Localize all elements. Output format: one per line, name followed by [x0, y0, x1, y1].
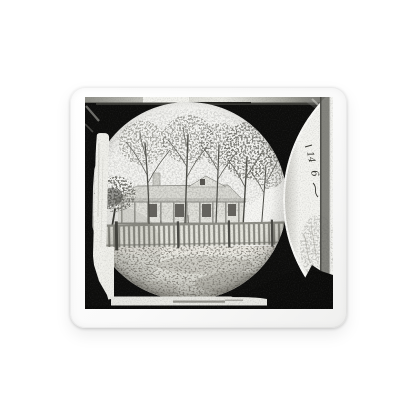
magnet-product: 14 6 [70, 87, 347, 328]
vintage-photograph: 14 6 [85, 97, 333, 309]
mockup-stage: 14 6 [0, 0, 416, 416]
film-grain-overlay [85, 97, 333, 309]
vintage-photo-svg: 14 6 [85, 97, 333, 309]
